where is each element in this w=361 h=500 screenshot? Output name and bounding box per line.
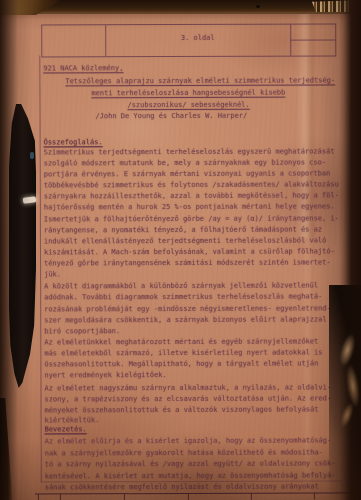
footer-table-divider: [38, 494, 39, 500]
title-line-2: menti terheléseloszlása hangsebességnél …: [91, 88, 285, 100]
page-number: 3. oldal: [105, 33, 290, 45]
title-line-1: Tetszőleges alaprajzu szárnyak elméleti …: [65, 75, 335, 87]
summary-paragraph-2: A közölt diagrammákból a különböző szárn…: [44, 280, 344, 338]
introduction-heading: Bevezetés.: [45, 424, 87, 435]
introduction-paragraph-1: Az elmélet előirja és a kisérlet igazolj…: [45, 435, 345, 494]
summary-paragraph-3: Az elméletünkkel meghatározott mértani é…: [44, 336, 344, 381]
title-line-3: /szubszonikus/ sebességeknél.: [127, 100, 249, 112]
footer-table-divider: [314, 494, 315, 500]
page-frame-left-rule: [39, 55, 41, 482]
footer-table-divider: [60, 494, 61, 500]
ribbon-glint-small: [30, 152, 34, 159]
page-content: 3. oldal 921 NACA közlemény, Tetszőleges…: [0, 0, 361, 500]
footer-table-divider: [124, 494, 125, 500]
document-photo: 3. oldal 921 NACA közlemény, Tetszőleges…: [0, 0, 361, 500]
footer-table-top-rule: [35, 492, 361, 494]
footer-table-divider: [188, 494, 189, 500]
summary-paragraph-1: Szimmetrikus terjedtségmenti terheléselo…: [44, 146, 344, 280]
authors-line: /John De Young és Charles W. Harper/: [96, 111, 248, 123]
header-table: 3. oldal: [41, 23, 336, 57]
header-table-right-split: [290, 39, 335, 40]
summary-paragraph-4: Az elméletet nagyszámu szárnyra alkalmaz…: [44, 382, 344, 426]
footer-table-divider: [251, 494, 252, 500]
dust-speck: [256, 5, 260, 8]
report-reference: 921 NACA közlemény,: [43, 63, 123, 74]
